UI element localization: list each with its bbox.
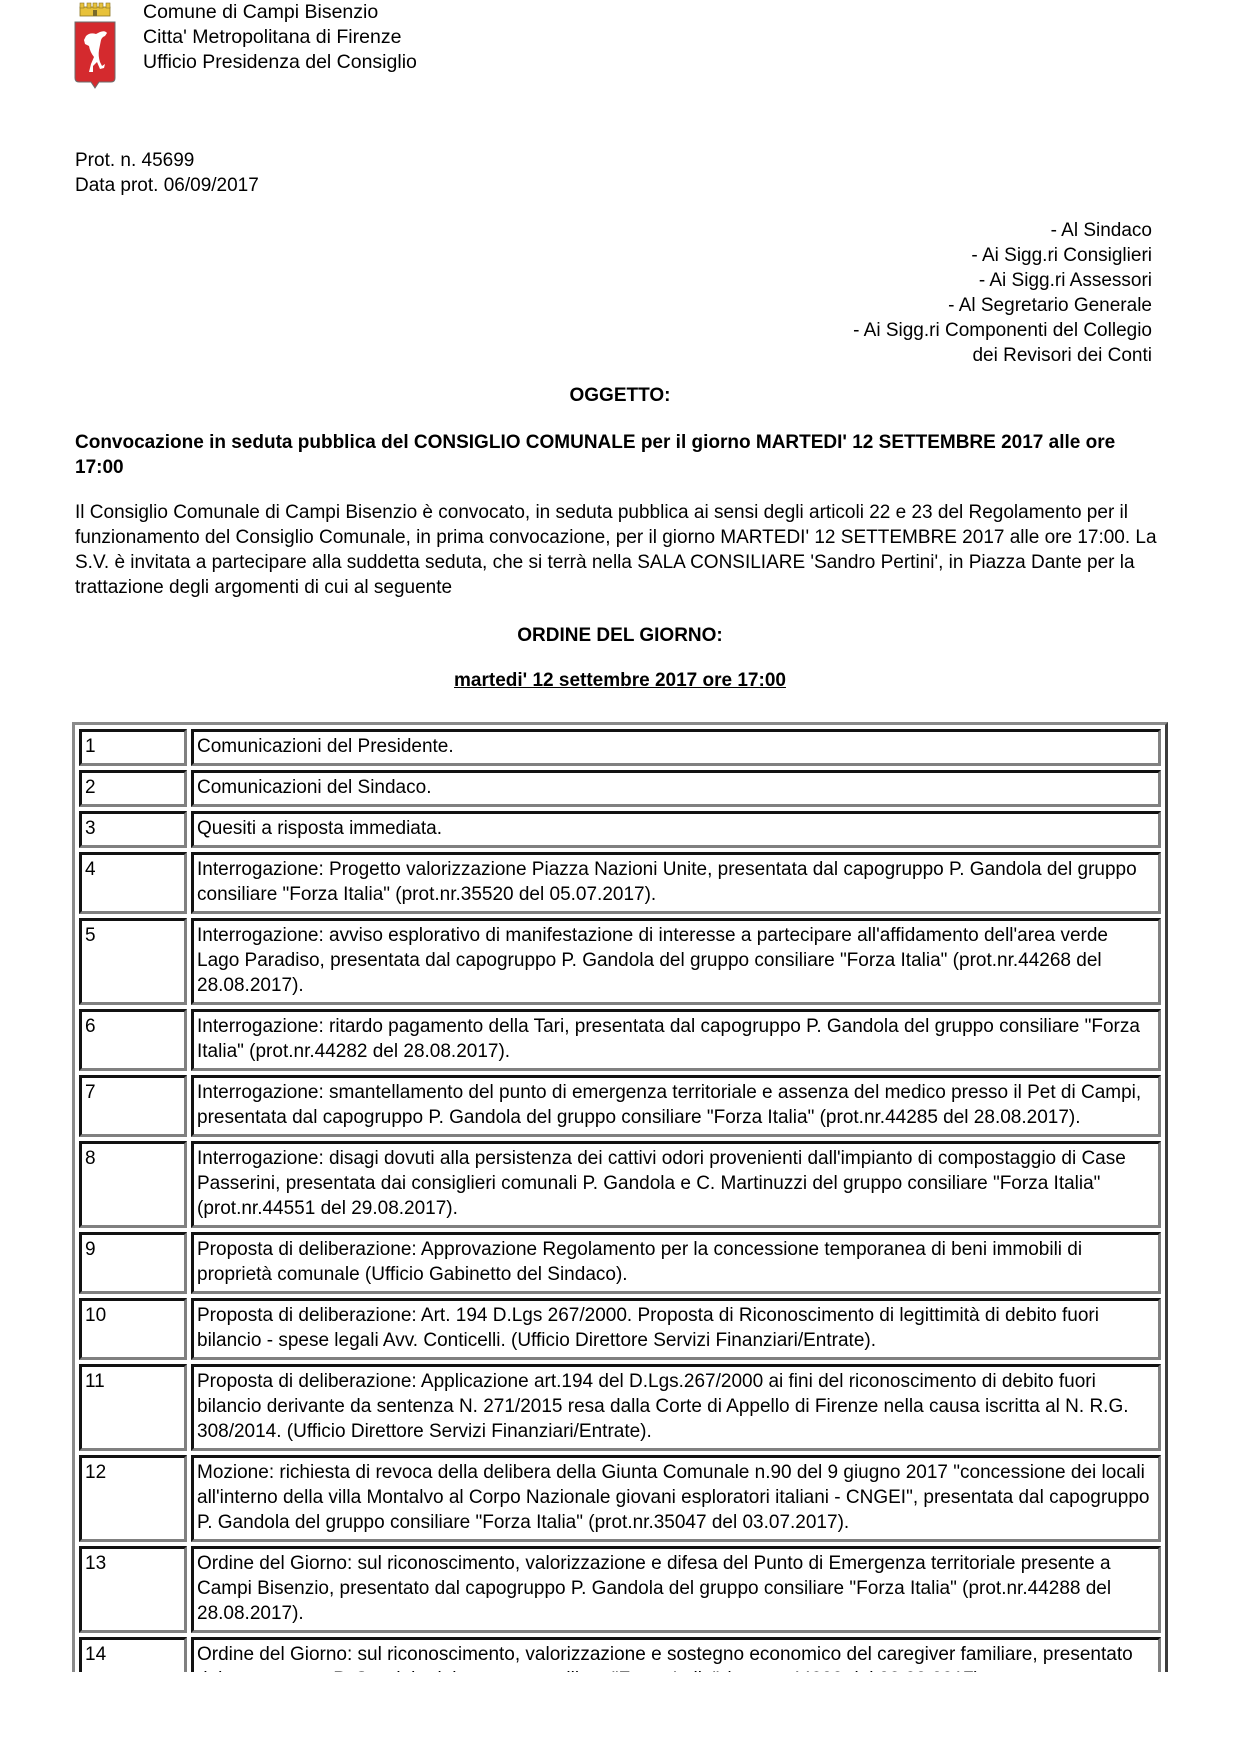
- agenda-item-text: Ordine del Giorno: sul riconoscimento, v…: [191, 1637, 1161, 1672]
- protocol-date: Data prot. 06/09/2017: [75, 173, 259, 198]
- agenda-item-text: Interrogazione: ritardo pagamento della …: [191, 1009, 1161, 1071]
- agenda-table: 1Comunicazioni del Presidente.2Comunicaz…: [72, 722, 1168, 1672]
- agenda-item-number: 8: [79, 1141, 187, 1228]
- agenda-item-number: 1: [79, 729, 187, 766]
- issuer-municipality: Comune di Campi Bisenzio: [143, 0, 417, 25]
- recipient: - Al Segretario Generale: [853, 293, 1152, 318]
- agenda-item-number: 13: [79, 1546, 187, 1633]
- agenda-title: ORDINE DEL GIORNO:: [0, 625, 1240, 647]
- agenda-row: 11Proposta di deliberazione: Applicazion…: [79, 1364, 1161, 1451]
- coat-of-arms-icon: [72, 2, 118, 90]
- protocol-number: Prot. n. 45699: [75, 148, 259, 173]
- agenda-row: 4Interrogazione: Progetto valorizzazione…: [79, 852, 1161, 914]
- agenda-item-text: Comunicazioni del Sindaco.: [191, 770, 1161, 807]
- agenda-date: martedi' 12 settembre 2017 ore 17:00: [0, 670, 1240, 692]
- issuer-metro-city: Citta' Metropolitana di Firenze: [143, 25, 417, 50]
- agenda-item-text: Interrogazione: disagi dovuti alla persi…: [191, 1141, 1161, 1228]
- agenda-item-number: 7: [79, 1075, 187, 1137]
- agenda-item-number: 5: [79, 918, 187, 1005]
- issuer-office: Ufficio Presidenza del Consiglio: [143, 50, 417, 75]
- agenda-item-number: 2: [79, 770, 187, 807]
- agenda-row: 13Ordine del Giorno: sul riconoscimento,…: [79, 1546, 1161, 1633]
- agenda-item-text: Interrogazione: smantellamento del punto…: [191, 1075, 1161, 1137]
- agenda-row: 12Mozione: richiesta di revoca della del…: [79, 1455, 1161, 1542]
- protocol-info: Prot. n. 45699 Data prot. 06/09/2017: [75, 148, 259, 198]
- agenda-row: 2Comunicazioni del Sindaco.: [79, 770, 1161, 807]
- subject-text: Convocazione in seduta pubblica del CONS…: [75, 430, 1155, 480]
- agenda-row: 6Interrogazione: ritardo pagamento della…: [79, 1009, 1161, 1071]
- agenda-row: 10Proposta di deliberazione: Art. 194 D.…: [79, 1298, 1161, 1360]
- agenda-row: 7Interrogazione: smantellamento del punt…: [79, 1075, 1161, 1137]
- agenda-item-text: Interrogazione: Progetto valorizzazione …: [191, 852, 1161, 914]
- agenda-row: 3Quesiti a risposta immediata.: [79, 811, 1161, 848]
- agenda-item-text: Quesiti a risposta immediata.: [191, 811, 1161, 848]
- recipient: dei Revisori dei Conti: [853, 343, 1152, 368]
- recipient: - Ai Sigg.ri Consiglieri: [853, 243, 1152, 268]
- agenda-item-text: Proposta di deliberazione: Applicazione …: [191, 1364, 1161, 1451]
- recipient: - Ai Sigg.ri Componenti del Collegio: [853, 318, 1152, 343]
- recipient: - Al Sindaco: [853, 218, 1152, 243]
- agenda-item-number: 10: [79, 1298, 187, 1360]
- agenda-row: 14Ordine del Giorno: sul riconoscimento,…: [79, 1637, 1161, 1672]
- agenda-item-number: 9: [79, 1232, 187, 1294]
- agenda-row: 9Proposta di deliberazione: Approvazione…: [79, 1232, 1161, 1294]
- intro-paragraph: Il Consiglio Comunale di Campi Bisenzio …: [75, 500, 1160, 600]
- agenda-row: 1Comunicazioni del Presidente.: [79, 729, 1161, 766]
- agenda-row: 8Interrogazione: disagi dovuti alla pers…: [79, 1141, 1161, 1228]
- subject-label: OGGETTO:: [0, 385, 1240, 407]
- agenda-item-text: Ordine del Giorno: sul riconoscimento, v…: [191, 1546, 1161, 1633]
- issuer-header: Comune di Campi Bisenzio Citta' Metropol…: [143, 0, 417, 75]
- agenda-item-number: 12: [79, 1455, 187, 1542]
- agenda-table-container: 1Comunicazioni del Presidente.2Comunicaz…: [72, 722, 1168, 1672]
- agenda-item-number: 11: [79, 1364, 187, 1451]
- agenda-item-number: 4: [79, 852, 187, 914]
- recipient: - Ai Sigg.ri Assessori: [853, 268, 1152, 293]
- agenda-item-text: Comunicazioni del Presidente.: [191, 729, 1161, 766]
- agenda-item-text: Proposta di deliberazione: Approvazione …: [191, 1232, 1161, 1294]
- crown-icon: [80, 3, 110, 16]
- agenda-row: 5Interrogazione: avviso esplorativo di m…: [79, 918, 1161, 1005]
- agenda-item-number: 6: [79, 1009, 187, 1071]
- recipients-list: - Al Sindaco - Ai Sigg.ri Consiglieri - …: [853, 218, 1152, 368]
- agenda-item-number: 3: [79, 811, 187, 848]
- agenda-item-text: Mozione: richiesta di revoca della delib…: [191, 1455, 1161, 1542]
- agenda-item-text: Interrogazione: avviso esplorativo di ma…: [191, 918, 1161, 1005]
- agenda-item-number: 14: [79, 1637, 187, 1672]
- agenda-item-text: Proposta di deliberazione: Art. 194 D.Lg…: [191, 1298, 1161, 1360]
